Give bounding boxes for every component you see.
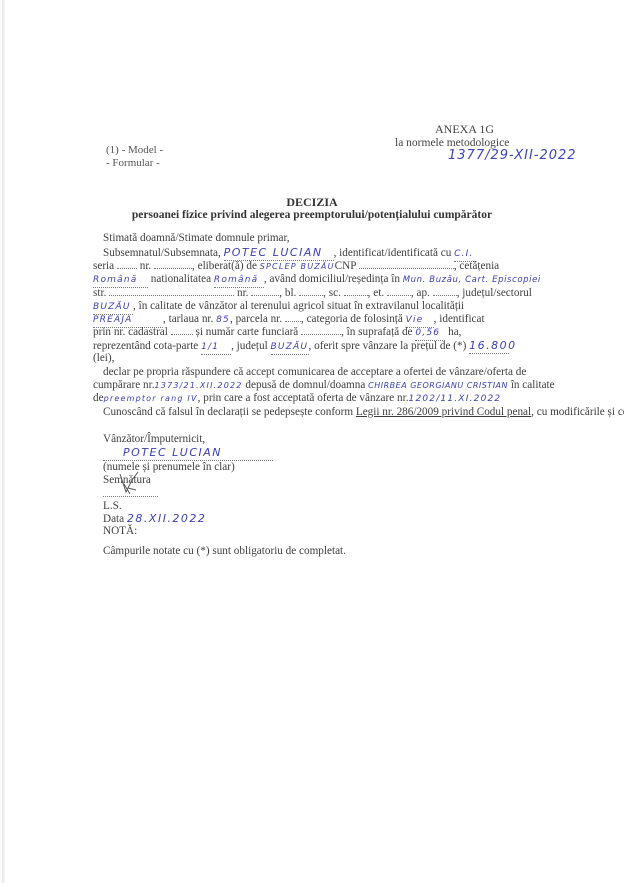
line-seria: seria nr. , eliberat(ă) de SPCLEP BUZĂUC… — [93, 260, 533, 273]
judetul-field[interactable]: BUZĂU — [271, 340, 309, 355]
date-field[interactable]: 28.XII.2022 — [127, 512, 207, 525]
pret-field[interactable]: 16.800 — [469, 339, 509, 354]
line-str: str. nr. , bl. , sc. , et. , ap. , județ… — [93, 287, 533, 300]
date-line: Data 28.XII.2022 — [103, 512, 206, 526]
cota-parte-field[interactable]: 1/1 — [201, 340, 231, 355]
carte-funciara-field[interactable] — [301, 334, 341, 335]
oferta-nr-field[interactable]: 1202/11.XI.2022 — [409, 394, 502, 404]
calitate-field[interactable]: preemptor rang IV — [104, 394, 198, 403]
line-cumparare: cumpărare nr.1373/21.XII.2022 depusă de … — [93, 379, 543, 392]
model-label: (1) - Model - — [106, 144, 163, 156]
line-declar: declar pe propria răspundere că accept c… — [103, 366, 543, 379]
line-cunoscand: Cunoscând că falsul în declarații se ped… — [103, 406, 543, 419]
vanzator-name-line: POTEC LUCIAN — [103, 446, 253, 461]
sc-field[interactable] — [344, 295, 368, 296]
vanzator-name-field[interactable]: POTEC LUCIAN — [103, 446, 273, 461]
line-nationalitatea: Română nationalitatea Română, având domi… — [93, 273, 543, 288]
str-field[interactable] — [109, 295, 234, 296]
nota-text: Câmpurile notate cu (*) sunt obligatoriu… — [103, 545, 346, 558]
line-cota-parte: reprezentând cota-parte 1/1, județul BUZ… — [93, 339, 543, 355]
et-field[interactable] — [387, 295, 411, 296]
law-reference: Legii nr. 286/2009 privind Codul penal — [356, 406, 531, 418]
line-lei: (lei), — [93, 352, 114, 365]
eliberat-field[interactable]: SPCLEP BUZĂU — [260, 262, 335, 271]
str-nr-field[interactable] — [251, 295, 279, 296]
tarlaua-field[interactable]: 85 — [216, 315, 230, 325]
nr-field[interactable] — [154, 268, 192, 269]
cnp-field[interactable] — [359, 268, 454, 269]
ap-field[interactable] — [433, 295, 457, 296]
page-edge — [2, 0, 5, 883]
parcela-field[interactable] — [285, 321, 301, 322]
annex-label: ANEXA 1G — [435, 122, 494, 137]
line-prin-care: depreemptor rang IV, prin care a fost ac… — [93, 392, 543, 406]
depusa-de-field[interactable]: CHIRBEA GEORGIANU CRISTIAN — [368, 381, 508, 390]
cadastral-field[interactable] — [171, 334, 193, 335]
nationalitatea-field[interactable]: Română — [214, 273, 264, 288]
document-title: DECIZIA — [0, 195, 624, 210]
registration-number: 1377/29-XII-2022 — [448, 148, 577, 163]
signature-field[interactable] — [103, 496, 158, 497]
bl-field[interactable] — [299, 295, 323, 296]
document-subtitle: persoanei fizice privind alegerea preemp… — [0, 209, 624, 221]
formular-label: - Formular - — [106, 157, 160, 169]
nota-label: NOTĂ: — [103, 525, 137, 538]
domiciliu-field[interactable]: Mun. Buzău, Cart. Episcopiei — [403, 275, 541, 285]
cumparare-nr-field[interactable]: 1373/21.XII.2022 — [155, 381, 243, 390]
name-field[interactable]: POTEC LUCIAN — [224, 246, 334, 261]
seria-field[interactable] — [117, 268, 137, 269]
greeting: Stimată doamnă/Stimate domnule primar, — [103, 232, 290, 245]
cetatenia-field[interactable]: Română — [93, 273, 148, 288]
vanzator-label: Vânzător/Împuternicit, — [103, 433, 205, 446]
